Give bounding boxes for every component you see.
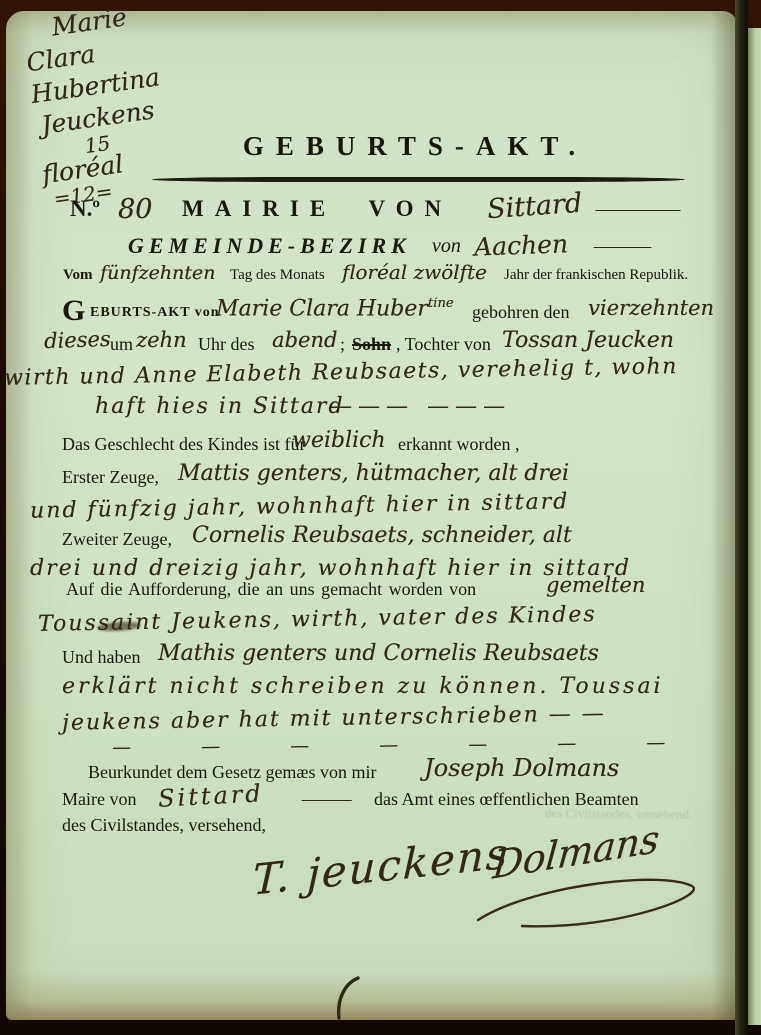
bezirk-label: GEMEINDE-BEZIRK [128, 233, 411, 259]
act-l2-uhr-des: Uhr des [198, 334, 255, 355]
mairie-label: MAIRIE VON [182, 196, 452, 222]
act-l4-dash: ——— ——— [330, 394, 511, 419]
act-lead: EBURTS-AKT von [90, 305, 220, 321]
page-content: Marie Clara Hubertina Jeuckens 15 floréa… [0, 0, 761, 1035]
request-l3-print: Und haben [62, 647, 140, 668]
drop-initial: G [62, 294, 85, 328]
first-witness-label: Erster Zeuge, [62, 467, 159, 488]
date-pre: Vom [63, 267, 92, 284]
father-name: Tossan Jeucken [502, 328, 674, 353]
official-name: Joseph Dolmans [424, 754, 619, 782]
ink-mark [332, 972, 364, 1022]
date-day: fünfzehnten [100, 262, 215, 284]
request-l1-hand: gemelten [546, 573, 645, 597]
bezirk-von: von [432, 235, 461, 258]
child-name-main: Marie Clara Huber [216, 296, 428, 321]
mairie-dash: — [596, 198, 680, 221]
sex-value: weiblich [292, 428, 386, 453]
page-title: GEBURTS-AKT. [165, 131, 665, 162]
sex-l1-print: Das Geschlecht des Kindes ist für [62, 434, 305, 455]
date-line: Vom fünfzehnten Tag des Monats floréal z… [0, 262, 761, 292]
child-name-superscript: tine [428, 296, 454, 311]
bleed-through-text: des Civilstandes, versehend. [545, 805, 692, 822]
title-rule [152, 177, 685, 182]
struck-sohn: Sohn [352, 334, 391, 355]
closing-town: Sittard [157, 779, 264, 812]
birth-paragraph: G EBURTS-AKT von Marie Clara Hubertine g… [0, 294, 761, 428]
request-l1-print: Auf die Aufforderung, die an uns gemacht… [66, 579, 476, 600]
closing-l2-print: Maire von [62, 789, 136, 810]
act-l2-um: um [110, 334, 133, 355]
birth-hour: zehn [136, 328, 187, 352]
date-post: Jahr der frankischen Republik. [504, 267, 688, 284]
signature-block: T. jeuckens Dolmans [0, 828, 761, 938]
mairie-value: Sittard [486, 188, 583, 226]
mairie-line: N.º 80 MAIRIE VON Sittard — [0, 194, 761, 234]
signature-flourish [470, 868, 710, 938]
witnesses-paragraph: Das Geschlecht des Kindes ist für weibli… [0, 430, 761, 596]
request-l5: jeukens aber hat mit unterschrieben — — [62, 701, 606, 735]
second-witness-value: Cornelis Reubsaets, schneider, alt [192, 523, 572, 548]
scanned-photo: Marie Clara Hubertina Jeuckens 15 floréa… [0, 0, 761, 1035]
date-month: floréal zwölfte [342, 260, 487, 284]
sex-l1-print2: erkannt worden , [398, 434, 519, 455]
request-l3-hand: Mathis genters und Cornelis Reubsaets [158, 641, 599, 666]
bezirk-dash: — [594, 236, 651, 258]
bezirk-value: Aachen [474, 229, 569, 261]
second-witness-label: Zweiter Zeuge, [62, 529, 172, 550]
act-l2-dieses: dieses [44, 327, 111, 353]
number-label: N.º [70, 196, 100, 222]
birth-daytime: abend [272, 328, 337, 352]
request-l2: Toussaint Jeukens, wirth, vater des Kind… [38, 602, 597, 637]
first-witness-value: Mattis genters, hütmacher, alt drei [178, 461, 569, 486]
number-value: 80 [118, 194, 152, 225]
request-l4: erklärt nicht schreiben zu können. Touss… [62, 674, 663, 699]
act-l3: wirth und Anne Elabeth Reubsaets, verehe… [4, 354, 678, 391]
first-witness-line2: und fünfzig jahr, wohnhaft hier in sitta… [30, 489, 570, 523]
act-mid: gebohren den [472, 302, 569, 323]
act-l2-semicolon: ; [340, 334, 345, 355]
margin-note: Marie Clara Hubertina Jeuckens 15 floréa… [20, 0, 176, 212]
declaration-paragraph: Auf die Aufforderung, die an uns gemacht… [0, 575, 761, 741]
closing-dash: — [302, 789, 351, 811]
act-l4: haft hies in Sittard [95, 394, 344, 419]
act-l2-tochter-von: , Tochter von [396, 334, 491, 355]
child-name: Marie Clara Hubertine [216, 296, 454, 321]
birth-day: vierzehnten [588, 296, 714, 320]
date-mid: Tag des Monats [230, 267, 325, 284]
